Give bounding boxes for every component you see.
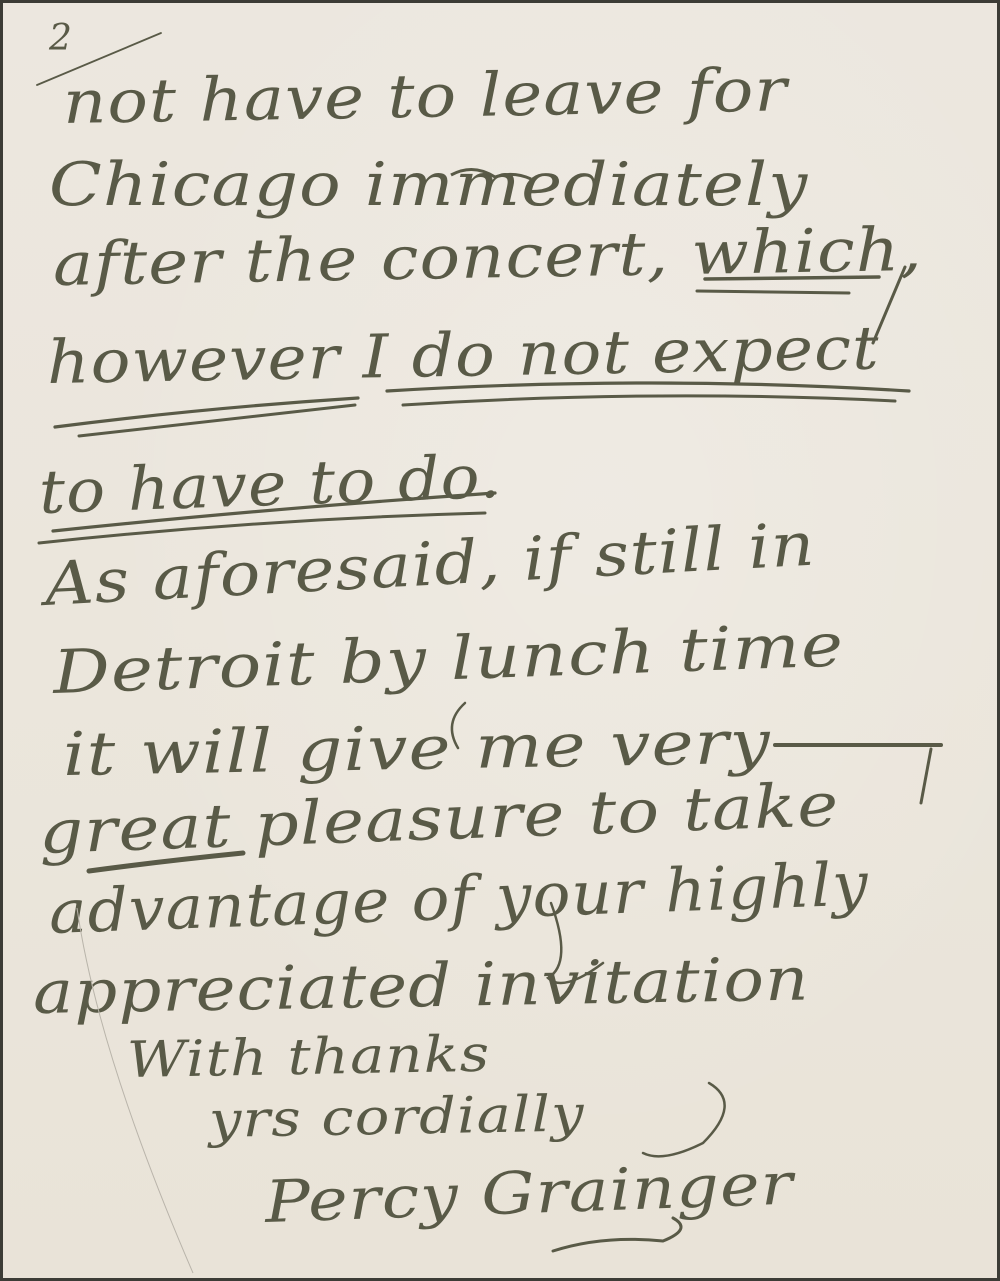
letter-line-4: however I do not expect <box>46 318 880 393</box>
letter-line-5: to have to do. <box>38 447 502 523</box>
closing-yrs-cordially: yrs cordially <box>209 1088 586 1145</box>
signature: Percy Grainger <box>264 1155 795 1231</box>
letter-frame: 2 not have to leave for Chicago immediat… <box>0 0 1000 1281</box>
letter-line-2: Chicago immediately <box>49 155 808 215</box>
closing-with-thanks: With thanks <box>127 1029 491 1085</box>
letter-line-11: appreciated invitation <box>32 949 809 1023</box>
letter-line-3: after the concert, which, <box>52 220 923 295</box>
letter-line-8: it will give me very <box>62 713 771 785</box>
page-number: 2 <box>49 21 73 57</box>
letter-line-1: not have to leave for <box>62 60 788 133</box>
